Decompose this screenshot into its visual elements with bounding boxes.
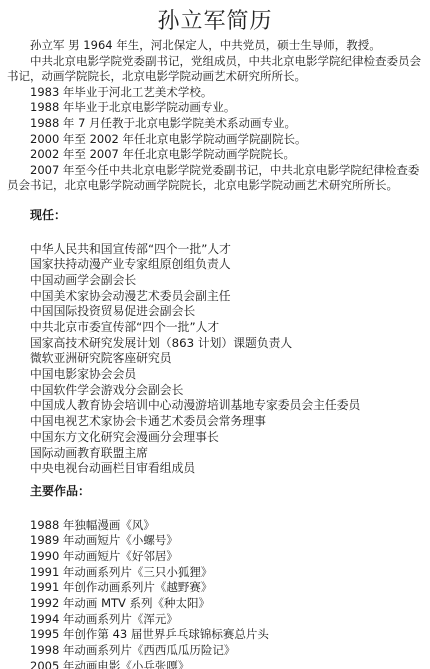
works-list: 1988 年独幅漫画《风》 1989 年动画短片《小螺号》 1990 年动画短片…: [30, 518, 269, 669]
list-item: 1995 年创作第 43 届世界乒乓球锦标赛总片头: [30, 627, 269, 643]
list-item: 中国东方文化研究会漫画分会理事长: [30, 430, 360, 446]
bio-line: 1988 年毕业于北京电影学院动画专业。: [7, 100, 423, 116]
list-item: 中国电影家协会会员: [30, 367, 360, 383]
list-item: 1991 年动画系列片《三只小狐狸》: [30, 565, 269, 581]
bio-line: 中共北京电影学院党委副书记，党组成员，中共北京电影学院纪律检查委员会书记，动画学…: [7, 54, 423, 85]
bio-line: 2002 年至 2007 年任北京电影学院动画学院院长。: [7, 147, 423, 163]
bio-line: 1983 年毕业于河北工艺美术学校。: [7, 85, 423, 101]
list-item: 1994 年动画系列片《浑元》: [30, 612, 269, 628]
bio-line: 孙立军 男 1964 年生，河北保定人，中共党员，硕士生导师，教授。: [7, 38, 423, 54]
list-item: 国家高技术研究发展计划（863 计划）课题负责人: [30, 336, 360, 352]
list-item: 1992 年动画 MTV 系列《种太阳》: [30, 596, 269, 612]
section-heading: 现任：: [30, 208, 360, 224]
current-positions-section: 现任： 中华人民共和国宣传部“四个一批”人才 国家扶持动漫产业专家组原创组负责人…: [30, 208, 360, 477]
list-item: 中共北京市委宣传部“四个一批”人才: [30, 320, 360, 336]
positions-list: 中华人民共和国宣传部“四个一批”人才 国家扶持动漫产业专家组原创组负责人 中国动…: [30, 242, 360, 477]
list-item: 中国国际投资贸易促进会副会长: [30, 304, 360, 320]
list-item: 微软亚洲研究院客座研究员: [30, 351, 360, 367]
list-item: 1998 年动画系列片《西西瓜瓜历险记》: [30, 643, 269, 659]
major-works-section: 主要作品： 1988 年独幅漫画《风》 1989 年动画短片《小螺号》 1990…: [30, 484, 269, 669]
list-item: 国家扶持动漫产业专家组原创组负责人: [30, 257, 360, 273]
list-item: 1988 年独幅漫画《风》: [30, 518, 269, 534]
list-item: 中国软件学会游戏分会副会长: [30, 383, 360, 399]
bio-line: 2007 年至今任中共北京电影学院党委副书记，中共北京电影学院纪律检查委员会书记…: [7, 163, 423, 194]
list-item: 中华人民共和国宣传部“四个一批”人才: [30, 242, 360, 258]
biography: 孙立军 男 1964 年生，河北保定人，中共党员，硕士生导师，教授。 中共北京电…: [7, 38, 423, 194]
bio-line: 2000 年至 2002 年任北京电影学院动画学院副院长。: [7, 132, 423, 148]
list-item: 国际动画教育联盟主席: [30, 446, 360, 462]
section-heading: 主要作品：: [30, 484, 269, 500]
bio-line: 1988 年 7 月任教于北京电影学院美术系动画专业。: [7, 116, 423, 132]
list-item: 中国成人教育协会培训中心动漫游培训基地专家委员会主任委员: [30, 398, 360, 414]
list-item: 1989 年动画短片《小螺号》: [30, 533, 269, 549]
list-item: 2005 年动画电影《小兵张嘎》: [30, 659, 269, 669]
list-item: 中国动画学会副会长: [30, 273, 360, 289]
list-item: 中国美术家协会动漫艺术委员会副主任: [30, 289, 360, 305]
list-item: 中国电视艺术家协会卡通艺术委员会常务理事: [30, 414, 360, 430]
list-item: 1990 年动画短片《好邻居》: [30, 549, 269, 565]
list-item: 1991 年创作动画系列片《越野赛》: [30, 580, 269, 596]
page-title: 孙立军简历: [0, 4, 430, 35]
list-item: 中央电视台动画栏目审看组成员: [30, 461, 360, 477]
